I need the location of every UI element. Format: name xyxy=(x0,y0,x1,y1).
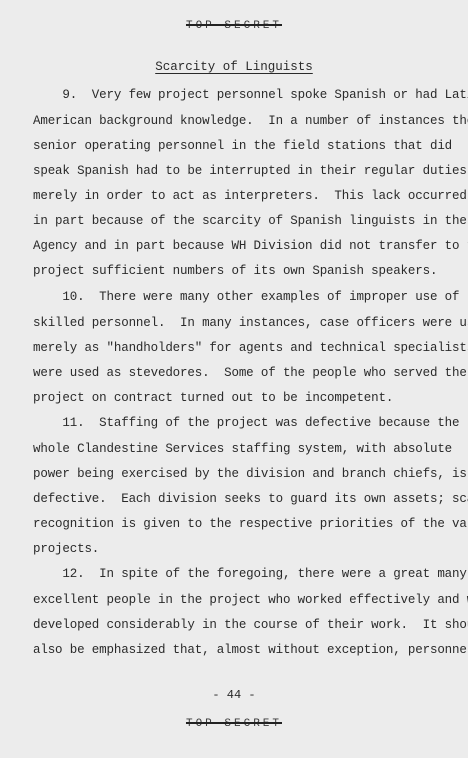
classification-marking-bottom: TOP SECRET xyxy=(0,718,468,730)
text-line: merely as "handholders" for agents and t… xyxy=(33,341,468,355)
text-line: senior operating personnel in the field … xyxy=(33,139,452,153)
text-line: skilled personnel. In many instances, ca… xyxy=(33,316,468,330)
classification-marking-top: TOP SECRET xyxy=(0,20,468,32)
text-line: Agency and in part because WH Division d… xyxy=(33,239,468,253)
classification-text-bottom: TOP SECRET xyxy=(186,718,282,730)
page-number: - 44 - xyxy=(0,688,468,702)
section-heading-text: Scarcity of Linguists xyxy=(155,60,313,74)
text-line: 11. Staffing of the project was defectiv… xyxy=(33,416,459,430)
text-line: whole Clandestine Services staffing syst… xyxy=(33,442,452,456)
text-line: projects. xyxy=(33,542,99,556)
text-line: also be emphasized that, almost without … xyxy=(33,643,468,657)
text-line: were used as stevedores. Some of the peo… xyxy=(33,366,467,380)
classification-text-top: TOP SECRET xyxy=(186,20,282,32)
text-line: 10. There were many other examples of im… xyxy=(33,290,459,304)
text-line: project sufficient numbers of its own Sp… xyxy=(33,264,437,278)
text-line: defective. Each division seeks to guard … xyxy=(33,492,468,506)
text-line: recognition is given to the respective p… xyxy=(33,517,468,531)
text-line: American background knowledge. In a numb… xyxy=(33,114,468,128)
text-line: speak Spanish had to be interrupted in t… xyxy=(33,164,467,178)
text-line: developed considerably in the course of … xyxy=(33,618,468,632)
text-line: power being exercised by the division an… xyxy=(33,467,467,481)
section-heading: Scarcity of Linguists xyxy=(0,60,468,74)
text-line: project on contract turned out to be inc… xyxy=(33,391,393,405)
text-line: excellent people in the project who work… xyxy=(33,593,468,607)
text-line: 9. Very few project personnel spoke Span… xyxy=(33,88,468,102)
text-line: in part because of the scarcity of Spani… xyxy=(33,214,467,228)
document-page: TOP SECRET Scarcity of Linguists 9. Very… xyxy=(0,0,468,758)
text-line: merely in order to act as interpreters. … xyxy=(33,189,467,203)
text-line: 12. In spite of the foregoing, there wer… xyxy=(33,567,467,581)
